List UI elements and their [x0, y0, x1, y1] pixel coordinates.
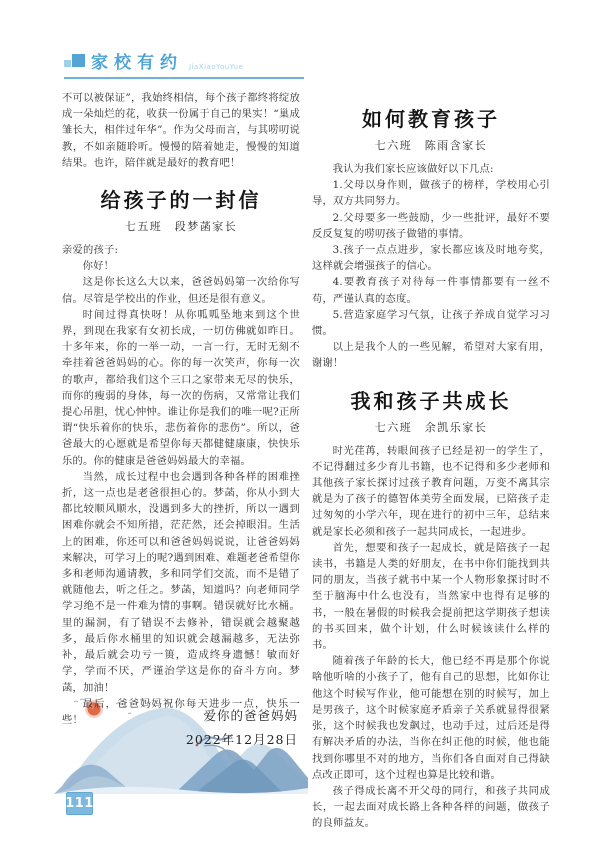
article-title-grow-together: 我和孩子共成长 [312, 385, 550, 414]
letter-paragraph: 当然，成长过程中也会遇到各种各样的困难挫折，这一点也是老爸很担心的。梦菡，你从小… [62, 469, 300, 696]
article-paragraph: 以上是我个人的一些见解，希望对大家有用，谢谢！ [312, 339, 550, 371]
article-title-how-to-educate: 如何教育孩子 [312, 103, 550, 132]
article-list-item: 5.营造家庭学习气氛，让孩子养成自觉学习习惯。 [312, 307, 550, 339]
section-title-pinyin: JiaXiaoYouYue [189, 63, 243, 72]
left-column: 不可以被保证”，我始终相信，每个孩子都终将绽放成一朵灿烂的花，收获一份属于自己的… [62, 90, 300, 792]
article-paragraph: 首先，想要和孩子一起成长，就是陪孩子一起读书，书籍是人类的好朋友，在书中你们能找… [312, 540, 550, 653]
magazine-page: 家校有约 JiaXiaoYouYue 不可以被保证”，我始终相信，每个孩子都终将… [0, 0, 600, 848]
letter-greeting: 你好！ [62, 258, 300, 274]
right-column: 如何教育孩子 七六班 陈雨含家长 我认为我们家长应该做好以下几点: 1.父母以身… [312, 90, 550, 835]
article-list-item: 1.父母以身作则，做孩子的榜样，学校用心引导，双方共同努力。 [312, 177, 550, 209]
two-column-body: 不可以被保证”，我始终相信，每个孩子都终将绽放成一朵灿烂的花，收获一份属于自己的… [62, 90, 550, 835]
letter-paragraph: 时间过得真快呀！从你呱呱坠地来到这个世界，到现在我家有女初长成，一切仿佛就如昨日… [62, 307, 300, 469]
page-number-badge: 111 [66, 792, 93, 815]
article-list-item: 4.要教育孩子对待每一件事情都要有一丝不苟，严谨认真的态度。 [312, 274, 550, 306]
logo-squares-icon [64, 52, 85, 72]
article-list-item: 2.父母要多一些鼓励，少一些批评，最好不要反反复复的唠叨孩子做错的事情。 [312, 210, 550, 242]
article-paragraph: 时光荏苒，转眼间孩子已经是初一的学生了，不记得翻过多少育儿书籍，也不记得和多少老… [312, 443, 550, 540]
section-title: 家校有约 [91, 55, 183, 72]
article-paragraph: 我认为我们家长应该做好以下几点: [312, 161, 550, 177]
article-paragraph: 孩子得成长离不开父母的同行，和孩子共同成长，一起去面对成长路上各种各样的问题，做… [312, 783, 550, 832]
signature-date: 2022年12月28日 [186, 728, 298, 752]
article-paragraph: 随着孩子年龄的长大，他已经不再是那个你说啥他听啥的小孩子了，他有自己的思想，比如… [312, 653, 550, 783]
article-title-letter-to-child: 给孩子的一封信 [62, 184, 300, 213]
article-byline: 七六班 陈雨含家长 [312, 137, 550, 153]
letter-paragraph: 这是你长这么大以来，爸爸妈妈第一次给你写信。尽管是学校出的作业，但还是很有意义。 [62, 274, 300, 306]
intro-continuation-paragraph: 不可以被保证”，我始终相信，每个孩子都终将绽放成一朵灿烂的花，收获一份属于自己的… [62, 90, 300, 171]
article-byline: 七六班 余凯乐家长 [312, 419, 550, 435]
letter-paragraph: 最后，爸爸妈妈祝你每天进步一点，快乐一些！ [62, 696, 300, 728]
article-list-item: 3.孩子一点点进步，家长都应该及时地夸奖，这样就会增强孩子的信心。 [312, 242, 550, 274]
article-byline: 七五班 段梦菡家长 [62, 218, 300, 234]
section-header: 家校有约 JiaXiaoYouYue [64, 52, 304, 79]
letter-salutation: 亲爱的孩子: [62, 242, 300, 258]
